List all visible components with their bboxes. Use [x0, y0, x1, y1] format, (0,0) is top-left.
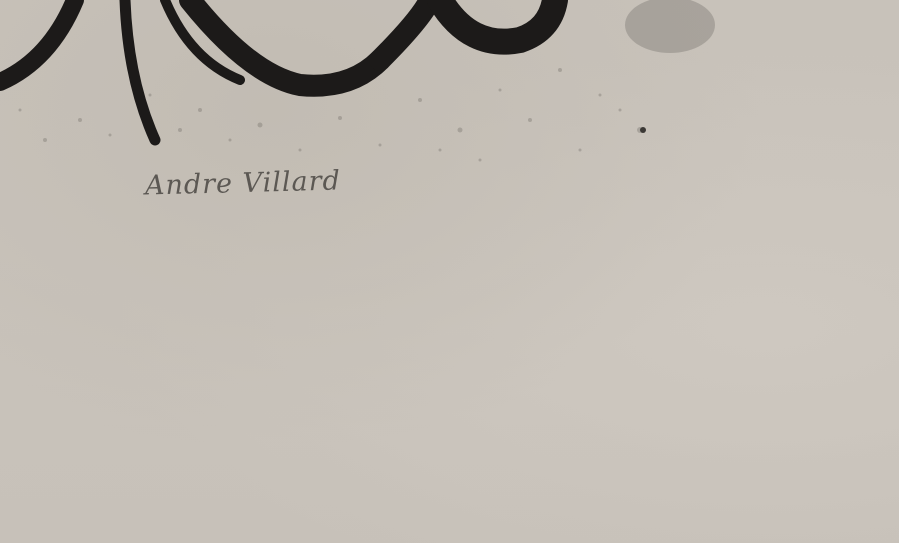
- ink-smudge: [625, 0, 715, 53]
- brushstroke-artwork: [0, 0, 899, 543]
- ink-dot: [640, 127, 646, 133]
- handwritten-signature: Andre Villard: [145, 165, 342, 201]
- artwork-photo: Andre Villard Photograph of a print with…: [0, 0, 899, 543]
- black-brushstrokes: [0, 0, 555, 140]
